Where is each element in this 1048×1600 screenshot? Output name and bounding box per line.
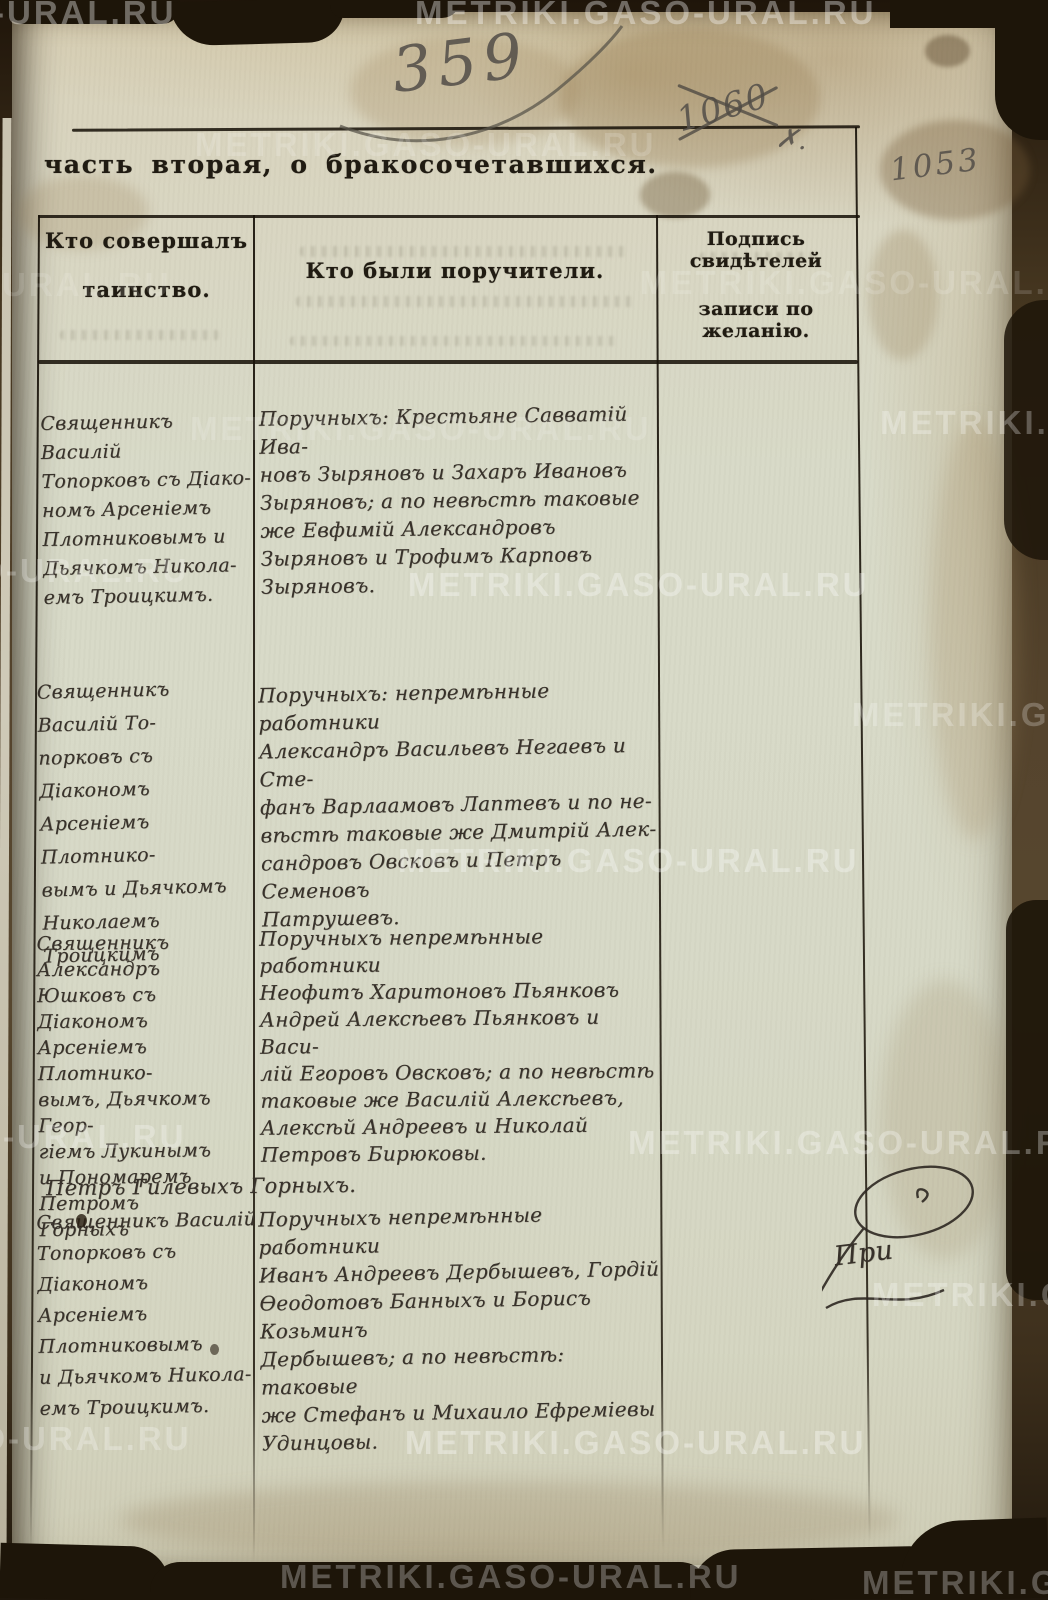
pencil-swoosh — [322, 18, 642, 153]
interline-note: Петръ Гилевыхъ Горныхъ. — [46, 1170, 466, 1202]
column-header-line: Кто совершалъ — [45, 228, 248, 253]
entry-officiant: Священникъ Василій Топорковъ съ Діаконом… — [36, 1204, 262, 1425]
check-mark: ✗. — [774, 122, 808, 156]
column-header-line: таинство. — [82, 277, 210, 302]
table-border-title-bottom — [38, 215, 860, 218]
adjacent-page-edge — [0, 118, 12, 1588]
entry-witnesses: Поручныхъ: непремѣнные работники Алексан… — [258, 675, 664, 934]
scanned-register-page: часть вторая, о бракосочетавшихся. Кто с… — [0, 0, 1048, 1600]
table-border-header-bottom — [38, 360, 858, 364]
ink-blot — [76, 1214, 87, 1227]
column-header-line: Кто были поручители. — [306, 258, 605, 283]
entry-officiant: Священникъ Василій Топорковъ съ Діако- н… — [40, 406, 256, 613]
column-header-line: записи по желанію. — [658, 298, 854, 342]
bleed-through — [300, 246, 630, 257]
margin-flourish — [822, 1140, 1048, 1325]
bleed-through — [60, 330, 220, 340]
section-title: часть вторая, о бракосочетавшихся. — [44, 150, 658, 179]
entry-witnesses: Поручныхъ непремѣнные работники Неофитъ … — [259, 922, 663, 1168]
entry-witnesses: Поручныхъ: Крестьяне Савватій Ива- новъ … — [259, 399, 662, 601]
column-header-signature: Подпись свидѣтелей записи по желанію. — [658, 228, 854, 342]
bleed-through — [296, 296, 636, 307]
ink-blot — [210, 1344, 219, 1355]
bleed-through — [290, 336, 620, 346]
entry-witnesses: Поручныхъ непремѣнные работники Иванъ Ан… — [258, 1198, 666, 1457]
column-header-line: Подпись свидѣтелей — [658, 228, 854, 272]
column-header-witnesses: Кто были поручители. — [255, 258, 655, 283]
column-header-officiant: Кто совершалъ таинство. — [40, 228, 253, 302]
